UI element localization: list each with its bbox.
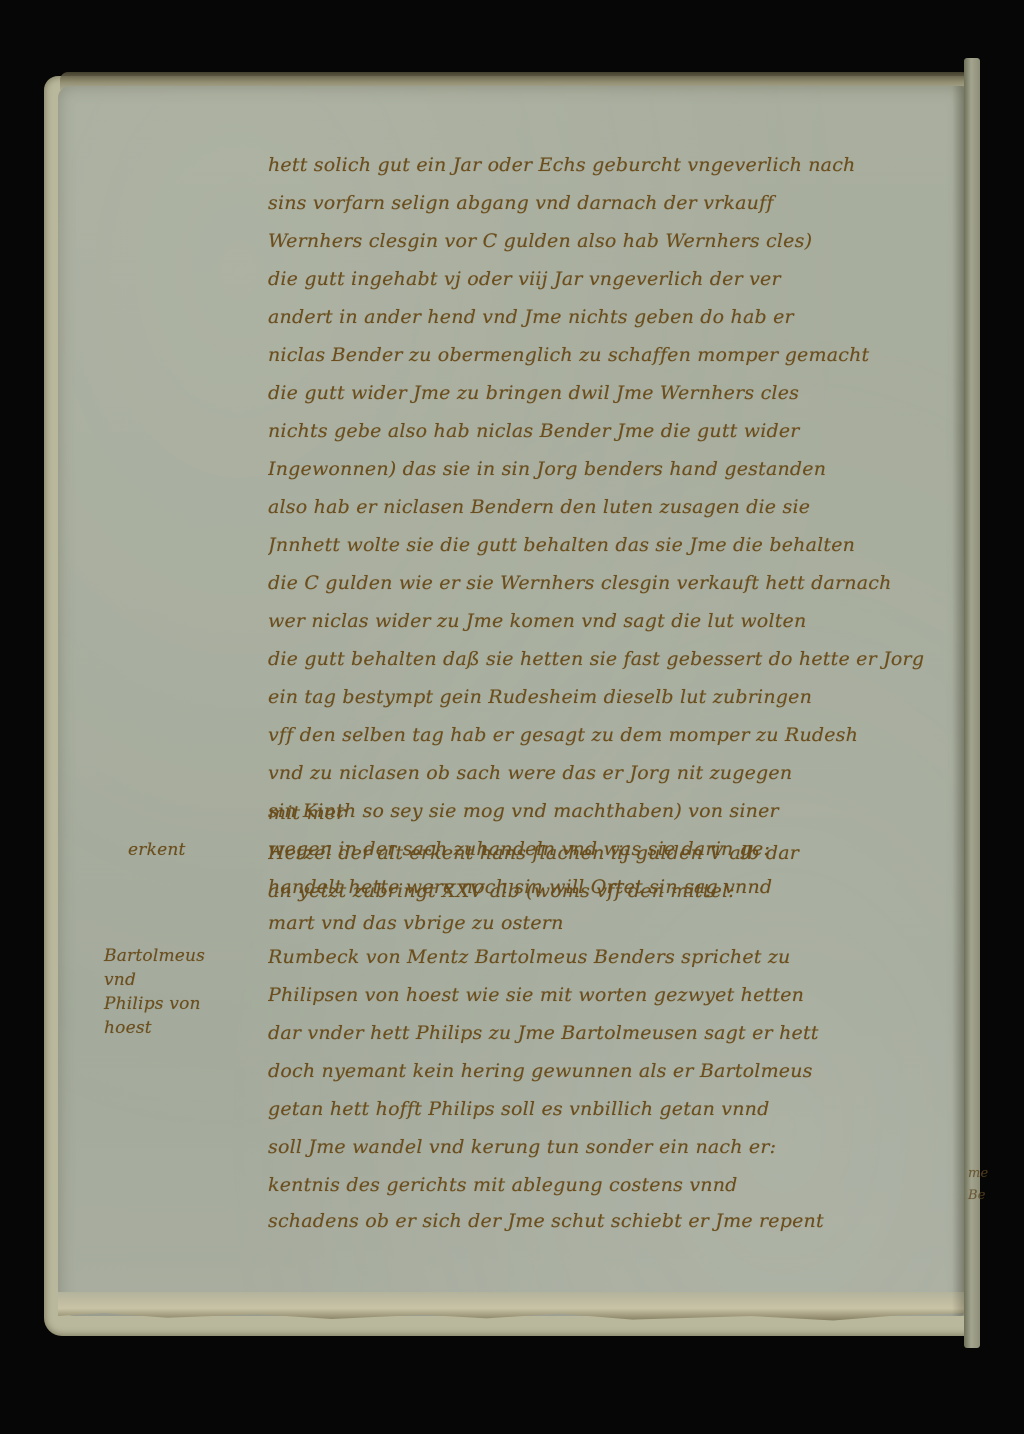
manuscript-line: Jnnhett wolte sie die gutt behalten das … xyxy=(268,534,958,556)
manuscript-line: getan hett hofft Philips soll es vnbilli… xyxy=(268,1098,958,1120)
manuscript-line: mart vnd das vbrige zu ostern xyxy=(268,912,958,934)
manuscript-line: schadens ob er sich der Jme schut schieb… xyxy=(268,1210,958,1232)
margin-note: erkent xyxy=(128,840,186,860)
margin-note: hoest xyxy=(104,1018,152,1038)
manuscript-line: vff den selben tag hab er gesagt zu dem … xyxy=(268,724,958,746)
manuscript-line: sins vorfarn selign abgang vnd darnach d… xyxy=(268,192,958,214)
manuscript-line: hett solich gut ein Jar oder Echs geburc… xyxy=(268,154,958,176)
manuscript-line: Rumbeck von Mentz Bartolmeus Benders spr… xyxy=(268,946,958,968)
manuscript-line: an yetzt zubringt XXV alb (woms vff den … xyxy=(268,880,958,902)
manuscript-line: also hab er niclasen Bendern den luten z… xyxy=(268,496,958,518)
manuscript-line: Ingewonnen) das sie in sin Jorg benders … xyxy=(268,458,958,480)
manuscript-line: ein tag bestympt gein Rudesheim dieselb … xyxy=(268,686,958,708)
manuscript-line: die gutt wider Jme zu bringen dwil Jme W… xyxy=(268,382,958,404)
manuscript-line: Wernhers clesgin vor C gulden also hab W… xyxy=(268,230,958,252)
margin-note: Philips von xyxy=(104,994,201,1014)
manuscript-line: nichts gebe also hab niclas Bender Jme d… xyxy=(268,420,958,442)
binding-gutter xyxy=(964,58,980,1348)
manuscript-line: Hetzel der alt erkent hans flachen iij g… xyxy=(268,842,958,864)
manuscript-line: doch nyemant kein hering gewunnen als er… xyxy=(268,1060,958,1082)
bleed-through-text: me xyxy=(968,1166,988,1181)
bleed-through-text: Be xyxy=(968,1188,986,1203)
manuscript-line: wer niclas wider zu Jme komen vnd sagt d… xyxy=(268,610,958,632)
manuscript-line: mit mer xyxy=(268,802,958,824)
manuscript-line: dar vnder hett Philips zu Jme Bartolmeus… xyxy=(268,1022,958,1044)
margin-note: vnd xyxy=(104,970,136,990)
margin-note: Bartolmeus xyxy=(104,946,205,966)
manuscript-line: vnd zu niclasen ob sach were das er Jorg… xyxy=(268,762,958,784)
manuscript-line: soll Jme wandel vnd kerung tun sonder ei… xyxy=(268,1136,958,1158)
manuscript-line: niclas Bender zu obermenglich zu schaffe… xyxy=(268,344,958,366)
manuscript-line: Philipsen von hoest wie sie mit worten g… xyxy=(268,984,958,1006)
manuscript-line: andert in ander hend vnd Jme nichts gebe… xyxy=(268,306,958,328)
manuscript-scan: hett solich gut ein Jar oder Echs geburc… xyxy=(0,0,1024,1434)
manuscript-line: die gutt behalten daß sie hetten sie fas… xyxy=(268,648,958,670)
manuscript-line: die C gulden wie er sie Wernhers clesgin… xyxy=(268,572,958,594)
manuscript-line: die gutt ingehabt vj oder viij Jar vngev… xyxy=(268,268,958,290)
manuscript-line: kentnis des gerichts mit ablegung costen… xyxy=(268,1174,958,1196)
